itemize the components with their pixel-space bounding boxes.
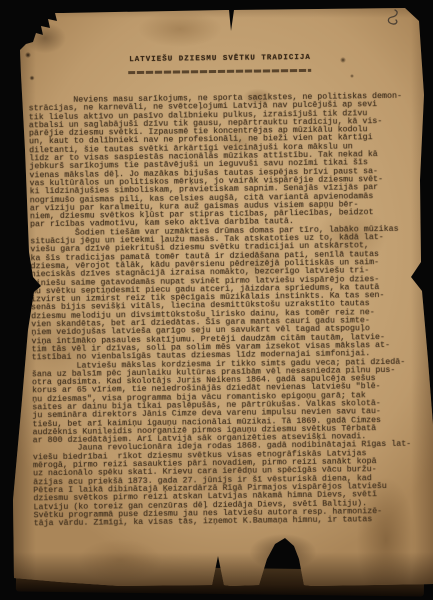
- photo-background: LATVIEŠU DZIESMU SVĒTKU TRADICIJA Nevien…: [0, 0, 433, 600]
- paragraph: Jauna revolucionāra ideja rodas 1868. ga…: [33, 441, 420, 529]
- paragraph: Latviešu mākslas kordziesma ir tikko sim…: [32, 358, 419, 446]
- document-title: LATVIEŠU DZIESMU SVĒTKU TRADICIJA: [30, 53, 410, 66]
- paragraph: Šodien tiešām var uzmākties drūmas domas…: [30, 225, 418, 362]
- paragraph: Neviens masu sarīkojums, ne sporta sacīk…: [29, 93, 417, 230]
- document-page: LATVIEŠU DZIESMU SVĒTKU TRADICIJA Nevien…: [0, 0, 433, 600]
- typed-content: LATVIEŠU DZIESMU SVĒTKU TRADICIJA Nevien…: [0, 0, 433, 600]
- text-line: tāja vārdu. Zīmīgi, ka visas tās, izņemo…: [34, 516, 420, 529]
- document-body-text: Neviens masu sarīkojums, ne sporta sacīk…: [29, 93, 420, 529]
- title-underline: [128, 69, 311, 74]
